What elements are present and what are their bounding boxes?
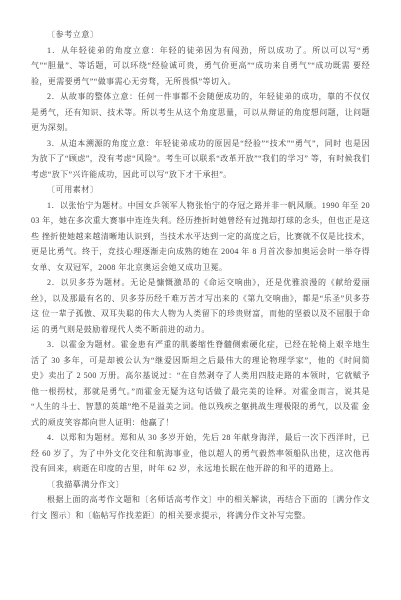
paragraph-material-hawking: 3．以霍金为题材。霍金患有严重的肌萎缩性脊髓侧索硬化症，已经在轮椅上艰辛地生 活…	[31, 337, 370, 430]
heading-reference-ideas: 〔参考立意〕	[31, 27, 370, 43]
heading-copy-model-essay: 〔我描摹满分作文〕	[31, 477, 370, 493]
paragraph-material-beethoven: 2．以贝多芬为题材。无论是慷慨激昂的《命运交响曲》，还是优雅浪漫的《献给爱丽丝》…	[31, 275, 370, 337]
paragraph-idea-1: 1．从年轻徒弟的角度立意：年轻的徒弟因为有闯劲，所以成功了。所以可以写“勇 气”…	[31, 43, 370, 90]
heading-usable-materials: 〔可用素材〕	[31, 182, 370, 198]
paragraph-material-zhenghe: 4．以郑和为题材。郑和从 30 多岁开始，先后 28 年献身海洋，最后一次下西洋…	[31, 430, 370, 477]
document-page: 〔参考立意〕 1．从年轻徒弟的角度立意：年轻的徒弟因为有闯劲，所以成功了。所以可…	[0, 0, 401, 600]
document-body: 〔参考立意〕 1．从年轻徒弟的角度立意：年轻的徒弟因为有闯劲，所以成功了。所以可…	[31, 27, 370, 523]
paragraph-material-zhangyining: 1．以张怡宁为题材。中国女乒领军人物张怡宁的夺冠之路并非一帆风顺。1990 年至…	[31, 198, 370, 276]
paragraph-instructions: 根据上面的高考作文题和〔名师话高考作文〕中的相关解读，再结合下面的〔满分作文行文…	[31, 492, 370, 523]
paragraph-idea-2: 2．从故事的整体立意：任何一件事都不会随便成功的，年轻徒弟的成功，靠的不仅仅 是…	[31, 89, 370, 136]
paragraph-idea-3: 3．从追本溯源的角度立意：年轻徒弟成功的原因是“经验”“技术”“勇气”，同时 也…	[31, 136, 370, 183]
